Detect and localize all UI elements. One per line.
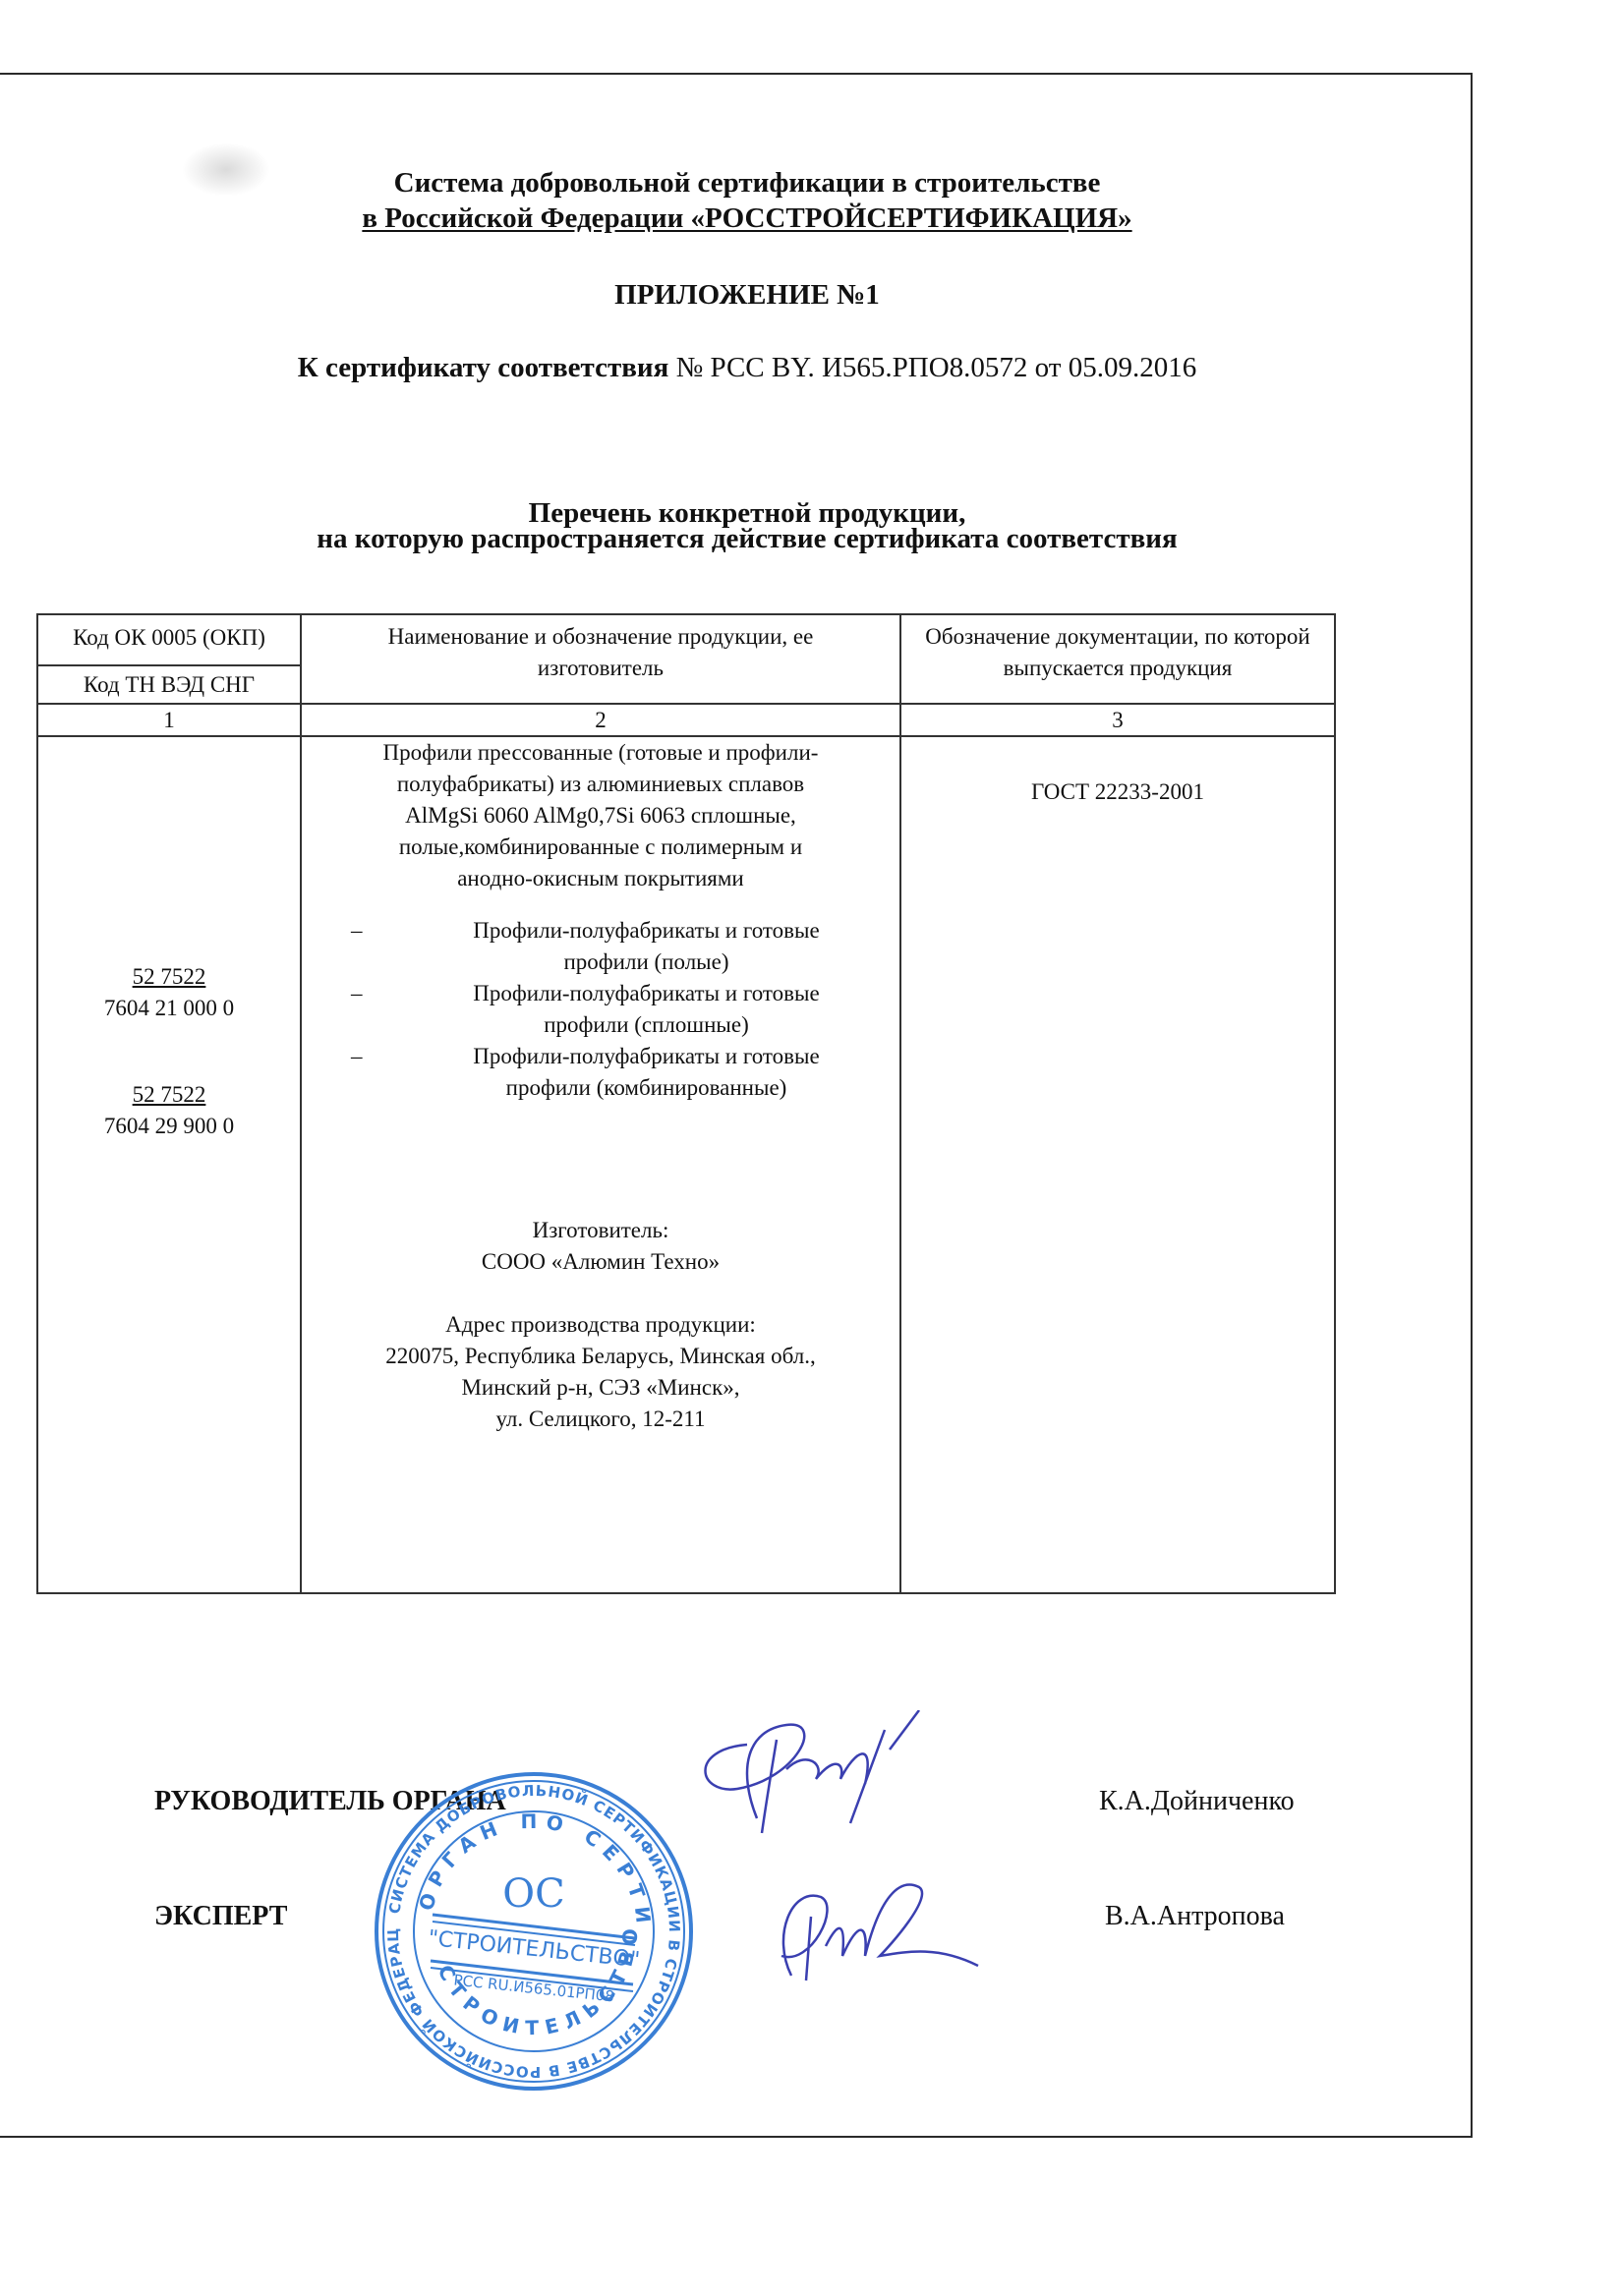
system-name-line1: Система добровольной сертификации в стро… [0, 165, 1494, 201]
svg-text:ОС: ОС [502, 1871, 564, 1917]
system-name-line2: в Российской Федерации «РОССТРОЙСЕРТИФИК… [0, 201, 1494, 236]
appendix-title: ПРИЛОЖЕНИЕ №1 [0, 277, 1494, 313]
product-variant-list: –Профили-полуфабрикаты и готовыепрофили … [302, 915, 899, 1104]
certification-stamp-icon: СИСТЕМА ДОБРОВОЛЬНОЙ СЕРТИФИКАЦИИ В СТРО… [372, 1769, 696, 2094]
products-table: Код ОК 0005 (ОКП) Наименование и обознач… [36, 613, 1336, 1594]
head-signature-icon [678, 1710, 954, 1838]
tnved-code: 7604 21 000 0 [38, 993, 300, 1024]
list-item: –Профили-полуфабрикаты и готовыепрофили … [302, 978, 899, 1041]
product-description-cell: Профили прессованные (готовые и профили-… [301, 736, 900, 1593]
product-description: Профили прессованные (готовые и профили-… [302, 737, 899, 894]
column-number-3: 3 [900, 704, 1335, 736]
certificate-reference: К сертификату соответствия № РСС BY. И56… [0, 350, 1494, 385]
address-block: Адрес производства продукции: 220075, Ре… [302, 1309, 899, 1435]
column-number-1: 1 [37, 704, 301, 736]
codes-cell: 52 7522 7604 21 000 0 52 7522 7604 29 90… [37, 736, 301, 1593]
okp-code: 52 7522 [38, 1079, 300, 1111]
okp-code: 52 7522 [38, 961, 300, 993]
gost-reference: ГОСТ 22233-2001 [901, 737, 1334, 808]
dash-bullet-icon: – [351, 1041, 363, 1072]
head-name: К.А.Дойниченко [1099, 1786, 1295, 1817]
list-title-line2: на которую распространяется действие сер… [0, 521, 1494, 556]
header-documentation: Обозначение документации, по которой вып… [900, 614, 1335, 704]
dash-bullet-icon: – [351, 978, 363, 1009]
address-label: Адрес производства продукции: [302, 1309, 899, 1341]
list-item: –Профили-полуфабрикаты и готовыепрофили … [302, 1041, 899, 1104]
expert-name: В.А.Антропова [1105, 1901, 1285, 1932]
header-tnved-code: Код ТН ВЭД СНГ [37, 665, 301, 704]
column-number-2: 2 [301, 704, 900, 736]
header-okp-code: Код ОК 0005 (ОКП) [37, 614, 301, 665]
dash-bullet-icon: – [351, 915, 363, 947]
manufacturer-name: СООО «Алюмин Техно» [302, 1246, 899, 1278]
manufacturer-block: Изготовитель: СООО «Алюмин Техно» [302, 1215, 899, 1278]
header-product-name: Наименование и обозначение продукции, ее… [301, 614, 900, 704]
tnved-code: 7604 29 900 0 [38, 1111, 300, 1142]
documentation-cell: ГОСТ 22233-2001 [900, 736, 1335, 1593]
list-item: –Профили-полуфабрикаты и готовыепрофили … [302, 915, 899, 978]
expert-title: ЭКСПЕРТ [154, 1901, 287, 1932]
manufacturer-label: Изготовитель: [302, 1215, 899, 1246]
expert-signature-icon [752, 1858, 1008, 1985]
